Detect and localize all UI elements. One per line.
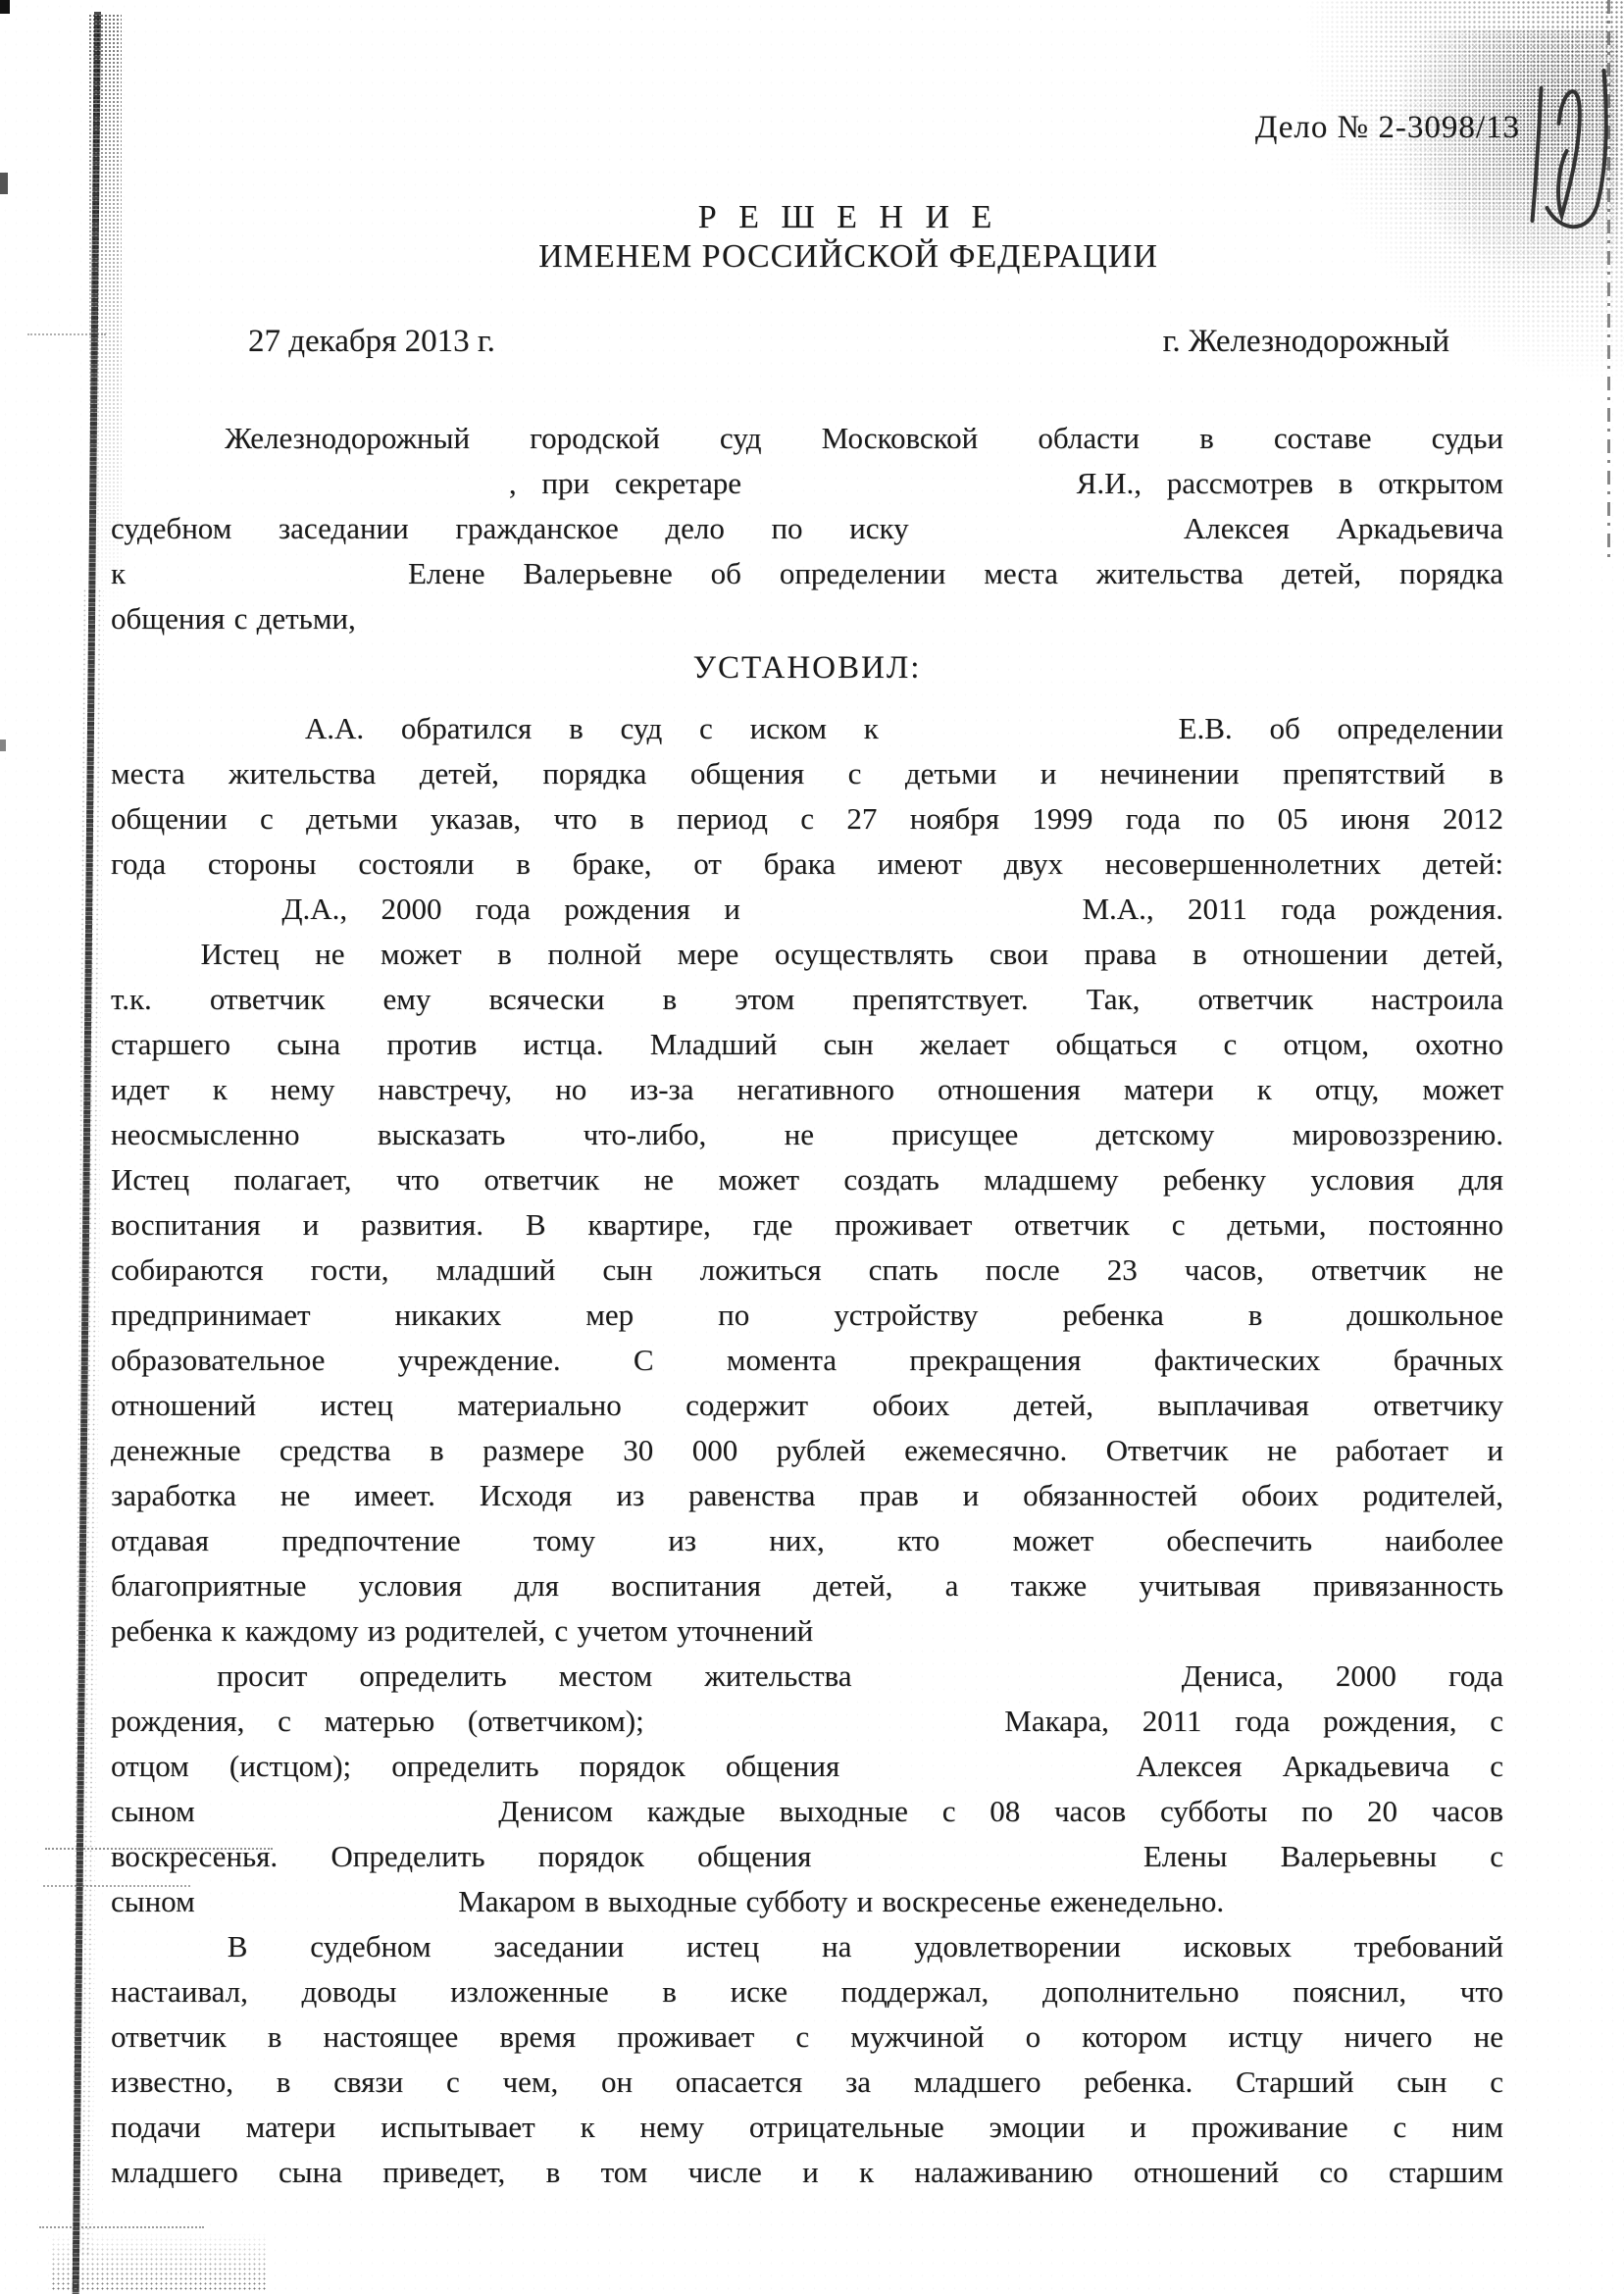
redacted-name-gap	[767, 491, 1051, 493]
text-segment: ответчик в настоящее время проживает с м…	[111, 2019, 1503, 2054]
text-line: сыном Макаром в выходные субботу и воскр…	[111, 1879, 1503, 1924]
text-segment: М.А., 2011 года рождения.	[1082, 892, 1503, 926]
text-line: собираются гости, младший сын ложиться с…	[111, 1248, 1503, 1293]
paragraph: просит определить местом жительства Дени…	[111, 1654, 1503, 1924]
text-line: отдавая предпочтение тому из них, кто мо…	[111, 1518, 1503, 1563]
redacted-name-gap	[164, 582, 370, 584]
document-page: Дело № 2-3098/13 Р Е Ш Е Н И Е ИМЕНЕМ РО…	[0, 0, 1624, 2294]
text-line: отцом (истцом); определить порядок общен…	[111, 1744, 1503, 1789]
established-heading: УСТАНОВИЛ:	[111, 645, 1503, 690]
redacted-name-gap	[955, 536, 1137, 538]
text-segment: Я.И., рассмотрев в открытом	[1077, 466, 1503, 500]
document-body: Железнодорожный городской суд Московской…	[111, 416, 1503, 2195]
text-segment: старшего сына против истца. Младший сын …	[111, 1027, 1503, 1061]
redacted-name-gap	[774, 917, 1048, 919]
text-line: благоприятные условия для воспитания дет…	[111, 1563, 1503, 1608]
left-margin-mark	[0, 739, 6, 751]
text-segment: подачи матери испытывает к нему отрицате…	[111, 2110, 1503, 2144]
text-segment: благоприятные условия для воспитания дет…	[111, 1568, 1503, 1603]
text-line: года стороны состояли в браке, от брака …	[111, 841, 1503, 887]
text-segment: образовательное учреждение. С момента пр…	[111, 1343, 1503, 1377]
text-line: воскресенья. Определить порядок общения …	[111, 1834, 1503, 1879]
text-segment: сыном	[111, 1794, 195, 1828]
text-segment: сыном	[111, 1884, 195, 1918]
text-segment: Д.А., 2000 года рождения и	[281, 892, 739, 926]
text-line: старшего сына против истца. Младший сын …	[111, 1022, 1503, 1067]
text-segment: Алексея Аркадьевича с	[1136, 1749, 1503, 1783]
decision-city: г. Железнодорожный	[1163, 324, 1449, 360]
text-line: настаивал, доводы изложенные в иске подд…	[111, 1969, 1503, 2014]
redacted-name-gap	[916, 737, 1142, 739]
text-segment: отношений истец материально содержит обо…	[111, 1388, 1503, 1422]
redacted-name-gap	[880, 1774, 1095, 1776]
text-segment: денежные средства в размере 30 000 рубле…	[111, 1433, 1503, 1467]
text-segment: судебном заседании гражданское дело по и…	[111, 511, 909, 545]
text-line: Железнодорожный городской суд Московской…	[111, 416, 1503, 461]
text-segment: отдавая предпочтение тому из них, кто мо…	[111, 1523, 1503, 1557]
text-line: А.А. обратился в суд с иском к Е.В. об о…	[111, 706, 1503, 751]
text-segment: младшего сына приведет, в том числе и к …	[111, 2155, 1503, 2189]
text-segment: Елены Валерьевны с	[1143, 1839, 1503, 1873]
redacted-name-gap	[865, 1864, 1091, 1866]
text-segment: УСТАНОВИЛ:	[693, 650, 922, 686]
text-segment: общения с детьми,	[111, 601, 356, 636]
left-speckle-artifact-lower	[71, 588, 104, 2256]
text-segment: просит определить местом жительства	[217, 1658, 851, 1693]
text-segment: года стороны состояли в браке, от брака …	[111, 846, 1503, 881]
text-line: общении с детьми указав, что в период с …	[111, 796, 1503, 841]
left-margin-mark	[0, 173, 8, 194]
text-segment: Е.В. об определении	[1179, 711, 1504, 745]
text-segment: идет к нему навстречу, но из-за негативн…	[111, 1072, 1503, 1106]
redacted-name-gap	[111, 491, 483, 493]
text-segment: воскресенья. Определить порядок общения	[111, 1839, 811, 1873]
text-line: , при секретаре Я.И., рассмотрев в откры…	[111, 461, 1503, 506]
text-line: рождения, с матерью (ответчиком); Макара…	[111, 1699, 1503, 1744]
redacted-name-gap	[111, 1684, 165, 1686]
text-line: известно, в связи с чем, он опасается за…	[111, 2060, 1503, 2105]
title-block: Р Е Ш Е Н И Е ИМЕНЕМ РОССИЙСКОЙ ФЕДЕРАЦИ…	[152, 198, 1545, 277]
text-segment: известно, в связи с чем, он опасается за…	[111, 2065, 1503, 2099]
text-segment: рождения, с матерью (ответчиком);	[111, 1704, 644, 1738]
bottom-left-speckle-artifact	[51, 2232, 267, 2291]
redacted-name-gap	[111, 737, 268, 739]
text-segment: места жительства детей, порядка общения …	[111, 756, 1503, 790]
text-segment: предпринимает никаких мер по устройству …	[111, 1298, 1503, 1332]
text-line: сыном Денисом каждые выходные с 08 часов…	[111, 1789, 1503, 1834]
text-segment: неосмысленно высказать что-либо, не прис…	[111, 1117, 1503, 1151]
text-line: Истец не может в полной мере осуществлят…	[111, 932, 1503, 977]
text-segment: общении с детьми указав, что в период с …	[111, 801, 1503, 836]
text-line: места жительства детей, порядка общения …	[111, 751, 1503, 796]
text-segment: Алексея Аркадьевича	[1184, 511, 1503, 545]
redacted-name-gap	[111, 446, 165, 448]
text-line: отношений истец материально содержит обо…	[111, 1383, 1503, 1428]
text-line: просит определить местом жительства Дени…	[111, 1654, 1503, 1699]
text-line: общения с детьми,	[111, 596, 1503, 641]
text-line: судебном заседании гражданское дело по и…	[111, 506, 1503, 551]
text-line: Д.А., 2000 года рождения и М.А., 2011 го…	[111, 887, 1503, 932]
text-line: образовательное учреждение. С момента пр…	[111, 1338, 1503, 1383]
redacted-name-gap	[111, 1955, 165, 1957]
text-line: ответчик в настоящее время проживает с м…	[111, 2014, 1503, 2060]
corner-chip-artifact	[0, 0, 10, 14]
text-line: В судебном заседании истец на удовлетвор…	[111, 1924, 1503, 1969]
paragraph: Железнодорожный городской суд Московской…	[111, 416, 1503, 641]
redacted-name-gap	[111, 962, 165, 964]
text-line: к Елене Валерьевне об определении места …	[111, 551, 1503, 596]
text-line: неосмысленно высказать что-либо, не прис…	[111, 1112, 1503, 1157]
decision-subtitle: ИМЕНЕМ РОССИЙСКОЙ ФЕДЕРАЦИИ	[152, 237, 1545, 277]
text-line: заработка не имеет. Исходя из равенства …	[111, 1473, 1503, 1518]
text-line: предпринимает никаких мер по устройству …	[111, 1293, 1503, 1338]
text-line: воспитания и развития. В квартире, где п…	[111, 1202, 1503, 1248]
text-segment: Елене Валерьевне об определении места жи…	[408, 556, 1503, 590]
text-line: младшего сына приведет, в том числе и к …	[111, 2150, 1503, 2195]
dotted-artifact	[39, 2226, 204, 2228]
text-line: подачи матери испытывает к нему отрицате…	[111, 2105, 1503, 2150]
text-line: т.к. ответчик ему всячески в этом препят…	[111, 977, 1503, 1022]
text-segment: В судебном заседании истец на удовлетвор…	[228, 1929, 1503, 1963]
text-segment: Железнодорожный городской суд Московской…	[225, 421, 1503, 455]
text-segment: к	[111, 556, 126, 590]
paragraph: В судебном заседании истец на удовлетвор…	[111, 1924, 1503, 2195]
text-segment: ребенка к каждому из родителей, с учетом…	[111, 1613, 813, 1648]
text-line: ребенка к каждому из родителей, с учетом…	[111, 1608, 1503, 1654]
paragraph: УСТАНОВИЛ:	[111, 645, 1503, 690]
text-segment: собираются гости, младший сын ложиться с…	[111, 1252, 1503, 1287]
text-segment: воспитания и развития. В квартире, где п…	[111, 1207, 1503, 1242]
text-line: денежные средства в размере 30 000 рубле…	[111, 1428, 1503, 1473]
redacted-name-gap	[204, 1910, 449, 1912]
dotted-artifact	[27, 333, 106, 335]
text-segment: Истец полагает, что ответчик не может со…	[111, 1162, 1503, 1197]
redacted-name-gap	[228, 1819, 464, 1821]
text-line: Истец полагает, что ответчик не может со…	[111, 1157, 1503, 1202]
text-segment: Макаром в выходные субботу и воскресенье…	[458, 1884, 1224, 1918]
text-segment: А.А. обратился в суд с иском к	[305, 711, 879, 745]
decision-title: Р Е Ш Е Н И Е	[152, 198, 1545, 237]
text-segment: отцом (истцом); определить порядок общен…	[111, 1749, 839, 1783]
text-segment: настаивал, доводы изложенные в иске подд…	[111, 1974, 1503, 2009]
text-segment: Истец не может в полной мере осуществлят…	[201, 937, 1503, 971]
text-segment: Дениса, 2000 года	[1182, 1658, 1503, 1693]
text-segment: Денисом каждые выходные с 08 часов суббо…	[498, 1794, 1503, 1828]
text-segment: Макара, 2011 года рождения, с	[1004, 1704, 1503, 1738]
text-line: идет к нему навстречу, но из-за негативн…	[111, 1067, 1503, 1112]
case-number: Дело № 2-3098/13	[1255, 110, 1520, 146]
text-segment: заработка не имеет. Исходя из равенства …	[111, 1478, 1503, 1512]
redacted-name-gap	[904, 1684, 1130, 1686]
text-segment: т.к. ответчик ему всячески в этом препят…	[111, 982, 1503, 1016]
decision-date: 27 декабря 2013 г.	[248, 324, 495, 360]
text-segment: , при секретаре	[509, 466, 741, 500]
redacted-name-gap	[111, 917, 248, 919]
paragraph: Истец не может в полной мере осуществлят…	[111, 932, 1503, 1654]
paragraph: А.А. обратился в суд с иском к Е.В. об о…	[111, 706, 1503, 932]
redacted-name-gap	[677, 1729, 971, 1731]
